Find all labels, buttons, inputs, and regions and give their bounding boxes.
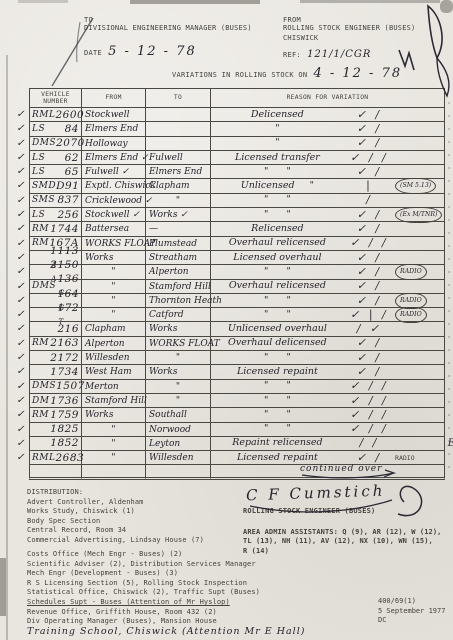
- cell-to: ": [146, 394, 211, 408]
- circled-annotation: RADIO: [395, 264, 427, 280]
- to-label: TO: [84, 16, 252, 24]
- table-row: ✓SMDD91Exptl. ChiswickClaphamUnlicensed …: [12, 179, 445, 193]
- vehicle-prefix: RM: [32, 222, 49, 236]
- circled-annotation: (SM 5.13): [395, 178, 436, 194]
- cell-reason: " "/: [211, 194, 445, 208]
- cell-from: Elmers End: [82, 122, 146, 136]
- col-header-vehicle-line1: VEHICLE: [41, 91, 70, 99]
- cell-from: Willesden: [82, 351, 146, 365]
- admin-assistants-line: TL (13), NH (11), AV (12), NX (10), WN (…: [243, 537, 441, 546]
- row-check-mark: ✓: [12, 365, 29, 379]
- reason-tick-marks: ✓ / /: [344, 379, 395, 393]
- cell-to: Streatham: [146, 251, 211, 265]
- date-block: DATE 5 - 12 - 78: [84, 44, 197, 59]
- cell-reason: Unlicensed overhaul/ ✓: [211, 322, 445, 336]
- cell-to: Works ✓: [146, 208, 211, 222]
- cell-reason: Overhaul delicensed✓ /: [211, 337, 445, 351]
- cell-from: ": [82, 423, 146, 437]
- cell-from: Alperton: [82, 337, 146, 351]
- vehicle-prefix: RML: [32, 108, 55, 122]
- cell-reason: " "✓ /: [211, 351, 445, 365]
- distribution-item: DISTRIBUTION:: [27, 488, 257, 498]
- col-header-to: TO: [146, 88, 211, 108]
- cell-to: Stamford Hill: [146, 280, 211, 294]
- distribution-item: Mech Engr (Development - Buses) (3): [27, 569, 257, 579]
- row-check-mark: ✓: [12, 251, 29, 265]
- date-value: 5 - 12 - 78: [108, 44, 197, 59]
- cell-from: ": [82, 308, 146, 322]
- vehicle-number-value: 2172: [50, 351, 79, 365]
- vehicle-number-value: 1734: [50, 365, 79, 379]
- row-check-mark: ✓: [12, 179, 29, 193]
- row-check-mark: ✓: [12, 122, 29, 136]
- cell-from: ": [82, 265, 146, 279]
- cell-reason: " "✓ /(Ex M/TNR): [211, 208, 445, 222]
- cell-vehicle-number: 1852: [29, 437, 82, 451]
- distribution-item: Schedules Supt - Buses (Attention of Mr …: [27, 598, 257, 608]
- title-date: 4 - 12 - 78: [313, 66, 402, 81]
- reference-number: 400/69(1): [378, 597, 445, 607]
- reference-initials: DC: [378, 616, 445, 626]
- reason-tick-marks: ✓ /: [344, 336, 395, 350]
- cell-reason: "✓ /: [211, 137, 445, 151]
- vehicle-number-value: 65: [65, 165, 79, 179]
- reason-tick-marks: ✓ /: [344, 279, 395, 293]
- vehicle-number-value: 2163: [50, 336, 79, 350]
- cell-from: ": [82, 294, 146, 308]
- cell-vehicle-number: RM2163: [29, 337, 82, 351]
- cell-reason: " "✓ / /: [211, 423, 445, 437]
- table-row: ✓RM1744Battersea—Relicensed✓ /: [12, 222, 445, 236]
- vehicle-prefix: DMS: [32, 279, 56, 293]
- vehicle-number-value: 216: [57, 322, 79, 336]
- table-row: ✓RM1759WorksSouthall" "✓ / /: [12, 408, 445, 422]
- reason-tick-marks: ✓ / /: [344, 422, 395, 436]
- reason-tick-marks: ✓ | /: [344, 308, 395, 322]
- cell-from: Stockwell: [82, 108, 146, 122]
- signature: C F Cumstich: [246, 482, 386, 505]
- ref-label: REF:: [283, 51, 301, 59]
- row-check-mark: ✓: [12, 308, 29, 322]
- row-check-mark: ✓: [12, 165, 29, 179]
- reason-text: Licensed overhaul: [211, 251, 344, 265]
- reason-text: Licensed transfer: [211, 151, 344, 165]
- cell-to: [146, 137, 211, 151]
- table-row: ✓RML2600StockwellDelicensed✓ /: [12, 108, 445, 122]
- reason-tick-marks: ✓ /: [344, 294, 395, 308]
- reason-text: " ": [211, 351, 344, 365]
- reason-tick-marks: ✓ /: [344, 122, 395, 136]
- cell-vehicle-number: 2172: [29, 351, 82, 365]
- reason-text: Relicensed: [211, 222, 344, 236]
- vehicle-number-value: 1736: [50, 394, 79, 408]
- cell-from: West Ham: [82, 365, 146, 379]
- distribution-item: Advert Controller, Aldenham: [27, 498, 257, 508]
- vehicle-prefix: SMS: [32, 193, 55, 207]
- cell-to: WORKS FLOAT: [146, 337, 211, 351]
- reason-text: ": [211, 136, 344, 150]
- cell-vehicle-number: DMS2070: [29, 137, 82, 151]
- cell-from: Fulwell ✓: [82, 165, 146, 179]
- col-header-vehicle-number: VEHICLE NUMBER: [29, 88, 82, 108]
- scan-blob-corner: [440, 0, 453, 13]
- vehicle-number-value: 2683: [55, 451, 84, 465]
- row-check-mark: ✓: [12, 294, 29, 308]
- distribution-item: Works Study, Chiswick (1): [27, 507, 257, 517]
- cell-vehicle-number: LS62: [29, 151, 82, 165]
- pen-flourish-icon: [428, 6, 442, 58]
- table-row: ✓1852"LeytonRepaint relicensed/ /E: [12, 437, 445, 451]
- pencil-line-mark: [77, 22, 80, 62]
- cell-vehicle-number: LS84: [29, 122, 82, 136]
- vehicle-prefix: LS: [32, 208, 45, 222]
- reason-tick-marks: /: [344, 193, 395, 207]
- reason-tick-marks: ✓ / /: [344, 394, 395, 408]
- table-row: ✓LS256Stockwell ✓Works ✓" "✓ /(Ex M/TNR): [12, 208, 445, 222]
- cell-vehicle-number: 172T: [29, 308, 82, 322]
- cell-vehicle-number: [29, 465, 82, 479]
- distribution-item: R S Licensing Section (5), Rolling Stock…: [27, 579, 257, 589]
- cell-to: Works: [146, 322, 211, 336]
- reason-text: " ": [211, 394, 344, 408]
- row-check-mark: ✓: [12, 322, 29, 336]
- cell-to: Thornton Heath: [146, 294, 211, 308]
- reason-tick-marks: ✓ /: [344, 165, 395, 179]
- cell-to: [146, 465, 211, 479]
- reason-tick-marks: ✓ / /: [344, 151, 395, 165]
- row-check-mark: ✓: [12, 222, 29, 236]
- circled-annotation: (Ex M/TNR): [395, 207, 442, 223]
- cell-vehicle-number: DM1736: [29, 394, 82, 408]
- cell-from: Elmers End ✓: [82, 151, 146, 165]
- from-value: ROLLING STOCK ENGINEER (BUSES): [283, 24, 415, 34]
- cell-reason: " "✓ / /: [211, 408, 445, 422]
- distribution-item: Statistical Office, Chiswick (2), Traffi…: [27, 588, 257, 598]
- distribution-item: Body Spec Section: [27, 517, 257, 527]
- reason-tick-marks: ✓ /: [344, 208, 395, 222]
- row-check-mark: [12, 465, 29, 479]
- cell-from: Works: [82, 408, 146, 422]
- vehicle-number-value: 84: [65, 122, 79, 136]
- table-row: ✓DM1736Stamford Hill"" "✓ / /: [12, 394, 445, 408]
- reason-text: Repaint relicensed: [211, 436, 344, 450]
- reason-tick-marks: ✓ /: [344, 222, 395, 236]
- cell-to: ": [146, 351, 211, 365]
- cell-from: Merton: [82, 380, 146, 394]
- scanned-memo-sheet: TO DIVISIONAL ENGINEERING MANAGER (BUSES…: [0, 0, 453, 640]
- row-check-mark: ✓: [12, 265, 29, 279]
- table-row: ✓216ClaphamWorksUnlicensed overhaul/ ✓: [12, 322, 445, 336]
- table-row: ✓LS84Elmers End"✓ /: [12, 122, 445, 136]
- cell-reason: Relicensed✓ /: [211, 222, 445, 236]
- cell-reason: Unlicensed "|(SM 5.13): [211, 179, 445, 193]
- table-row: ✓1734West HamWorksLicensed repaint✓ /: [12, 365, 445, 379]
- cell-to: ": [146, 194, 211, 208]
- check-gutter-header: [12, 88, 29, 108]
- cell-vehicle-number: RM1744: [29, 222, 82, 236]
- reason-tick-marks: / ✓: [344, 322, 395, 336]
- scan-edge-line: [6, 55, 8, 640]
- reason-text: Overhaul delicensed: [211, 336, 344, 350]
- from-block: FROM ROLLING STOCK ENGINEER (BUSES) CHIS…: [283, 16, 415, 43]
- cell-from: ": [82, 280, 146, 294]
- reason-text: Licensed repaint: [211, 451, 344, 465]
- vehicle-prefix: RM: [32, 408, 49, 422]
- cell-from: Clapham: [82, 322, 146, 336]
- reason-text: " ": [211, 294, 344, 308]
- reason-text: " ": [211, 379, 344, 393]
- cell-vehicle-number: 216: [29, 322, 82, 336]
- admin-assistants-line: AREA ADMIN ASSISTANTS: Q (9), AR (12), W…: [243, 528, 441, 537]
- cell-to: [146, 108, 211, 122]
- reason-text: " ": [211, 422, 344, 436]
- cell-from: Works: [82, 251, 146, 265]
- row-check-mark: ✓: [12, 394, 29, 408]
- col-header-reason: REASON FOR VARIATION: [211, 88, 445, 108]
- cell-to: Fulwell: [146, 151, 211, 165]
- cell-reason: Overhaul relicensed✓ / /: [211, 237, 445, 251]
- reason-tick-marks: ✓ /: [344, 251, 395, 265]
- vehicle-prefix: DMS: [32, 136, 56, 150]
- cell-to: Works: [146, 365, 211, 379]
- table-row: ✓172T"Catford" "✓ | /RADIO: [12, 308, 445, 322]
- cell-reason: " "✓ | /RADIO: [211, 308, 445, 322]
- reason-tick-marks: / /: [344, 436, 395, 450]
- distribution-item: Costs Office (Mech Engr - Buses) (2): [27, 550, 257, 560]
- row-check-mark: ✓: [12, 408, 29, 422]
- cell-vehicle-number: SMDD91: [29, 179, 82, 193]
- reason-tick-marks: ✓ / /: [344, 408, 395, 422]
- table-row: ✓1825"Norwood" "✓ / /: [12, 423, 445, 437]
- reason-tick-marks: ✓ /: [344, 365, 395, 379]
- reason-text: ": [211, 122, 344, 136]
- vehicle-prefix: DMS: [32, 379, 56, 393]
- signature-loop: [398, 486, 422, 515]
- distribution-item: Revenue Office, Griffith House, Room 432…: [27, 608, 257, 618]
- row-check-mark: ✓: [12, 451, 29, 465]
- cell-to: Leyton: [146, 437, 211, 451]
- cell-vehicle-number: RML2683: [29, 451, 82, 465]
- cell-from: Exptl. Chiswick: [82, 179, 146, 193]
- cell-vehicle-number: LS65: [29, 165, 82, 179]
- from-value-2: CHISWICK: [283, 34, 415, 44]
- cell-to: Catford: [146, 308, 211, 322]
- reason-text: Overhaul relicensed: [211, 279, 344, 293]
- vehicle-number-value: 837: [57, 193, 79, 207]
- vehicle-number-value: 2070: [56, 136, 85, 150]
- cell-to: Alperton: [146, 265, 211, 279]
- cell-to: ": [146, 380, 211, 394]
- cell-to: [146, 122, 211, 136]
- cell-from: Stamford Hill: [82, 394, 146, 408]
- area-admin-assistants: AREA ADMIN ASSISTANTS: Q (9), AR (12), W…: [243, 528, 441, 556]
- vehicle-prefix: SMD: [32, 179, 56, 193]
- row-check-mark: ✓: [12, 423, 29, 437]
- signatory-title: ROLLING STOCK ENGINEER (BUSES): [243, 507, 375, 515]
- col-header-vehicle-line2: NUMBER: [43, 98, 68, 106]
- scan-edge-blob: [0, 558, 6, 616]
- vehicle-number-value: 2600: [55, 108, 84, 122]
- row-check-mark: ✓: [12, 208, 29, 222]
- row-check-mark: ✓: [12, 137, 29, 151]
- cell-from: ": [82, 437, 146, 451]
- variations-table: VEHICLE NUMBER FROM TO REASON FOR VARIAT…: [12, 88, 445, 480]
- vehicle-number-value: 1744: [50, 222, 79, 236]
- cell-vehicle-number: RM1759: [29, 408, 82, 422]
- cell-from: ": [82, 451, 146, 465]
- from-label: FROM: [283, 16, 415, 24]
- vehicle-prefix: LS: [32, 165, 45, 179]
- row-check-mark: ✓: [12, 280, 29, 294]
- row-check-mark: ✓: [12, 151, 29, 165]
- vehicle-prefix: LS: [32, 122, 45, 136]
- row-check-mark: ✓: [12, 351, 29, 365]
- reason-tick-marks: |: [344, 179, 395, 193]
- vehicle-prefix: LS: [32, 151, 45, 165]
- distribution-item: Central Record, Room 34: [27, 526, 257, 536]
- table-row: ✓DMS1507Merton"" "✓ / /: [12, 380, 445, 394]
- circled-annotation: RADIO: [395, 307, 427, 323]
- scan-smudge-top: [130, 0, 260, 4]
- cell-to: Plumstead: [146, 237, 211, 251]
- table-row: ✓RM2163AlpertonWORKS FLOATOverhaul delic…: [12, 337, 445, 351]
- cell-from: [82, 465, 146, 479]
- vehicle-prefix: RM: [32, 236, 49, 250]
- ref-value: 121/1/CGR: [307, 49, 371, 60]
- admin-assistants-line: R (14): [243, 547, 441, 556]
- cell-vehicle-number: 1734: [29, 365, 82, 379]
- reason-text: Overhaul relicensed: [211, 236, 344, 250]
- reason-tick-marks: ✓ /: [344, 265, 395, 279]
- cell-reason: " "✓ / /: [211, 394, 445, 408]
- cell-to: Southall: [146, 408, 211, 422]
- table-row: ✓LS65Fulwell ✓Elmers End" "✓ /: [12, 165, 445, 179]
- reason-text: " ": [211, 165, 344, 179]
- cell-reason: Overhaul relicensed✓ /: [211, 280, 445, 294]
- reason-text: " ": [211, 193, 344, 207]
- vehicle-prefix: RM: [32, 336, 49, 350]
- cell-to: Norwood: [146, 423, 211, 437]
- table-row: ✓2172Willesden"" "✓ /: [12, 351, 445, 365]
- row-check-mark: ✓: [12, 194, 29, 208]
- distribution-item: Commercial Advertising, Lindsay House (7…: [27, 536, 257, 546]
- cell-reason: " "✓ /RADIO: [211, 265, 445, 279]
- reason-text: " ": [211, 208, 344, 222]
- vehicle-prefix: RML: [32, 451, 55, 465]
- cell-to: —: [146, 222, 211, 236]
- cell-vehicle-number: SMS837: [29, 194, 82, 208]
- table-row: ✓LS62Elmers End ✓FulwellLicensed transfe…: [12, 151, 445, 165]
- cell-vehicle-number: LS256: [29, 208, 82, 222]
- vehicle-number-value: 1507: [56, 379, 85, 393]
- row-check-mark: ✓: [12, 337, 29, 351]
- distribution-item-handwritten: Training School, Chiswick (Attention Mr …: [27, 627, 257, 637]
- vehicle-number-value: D91: [56, 179, 79, 193]
- reference-block: 400/69(1) 5 September 1977 DC: [378, 597, 445, 626]
- edge-annotation: E: [448, 437, 453, 451]
- continued-over-note: continued over: [300, 464, 382, 474]
- row-check-mark: ✓: [12, 108, 29, 122]
- reason-tick-marks: ✓ /: [344, 108, 395, 122]
- vehicle-number-value: 62: [65, 151, 79, 165]
- cell-from: WORKS FLOAT: [82, 237, 146, 251]
- distribution-item: Scientific Adviser (2), Distribution Ser…: [27, 560, 257, 570]
- reason-tick-marks: ✓ /: [344, 351, 395, 365]
- reason-tick-marks: ✓ /: [344, 136, 395, 150]
- cell-vehicle-number: RML2600: [29, 108, 82, 122]
- cell-to: Willesden: [146, 451, 211, 465]
- col-header-from: FROM: [82, 88, 146, 108]
- cell-reason: Repaint relicensed/ /E: [211, 437, 445, 451]
- reason-text: Unlicensed ": [211, 179, 344, 193]
- cell-from: Stockwell ✓: [82, 208, 146, 222]
- to-block: TO DIVISIONAL ENGINEERING MANAGER (BUSES…: [84, 16, 252, 34]
- reason-tick-marks: ✓ / /: [344, 236, 395, 250]
- cell-vehicle-number: 1825: [29, 423, 82, 437]
- table-row: ✓SMS837Cricklewood ✓"" "/: [12, 194, 445, 208]
- vehicle-number-value: 256: [57, 208, 79, 222]
- reason-text: Delicensed: [211, 108, 344, 122]
- cell-vehicle-number: DMS1507: [29, 380, 82, 394]
- table-header-row: VEHICLE NUMBER FROM TO REASON FOR VARIAT…: [12, 88, 445, 108]
- cell-reason: Delicensed✓ /: [211, 108, 445, 122]
- scan-smudge-top-3: [18, 0, 68, 3]
- title-block: VARIATIONS IN ROLLING STOCK ON 4 - 12 - …: [172, 66, 402, 81]
- reason-text: Unlicensed overhaul: [211, 322, 344, 336]
- vehicle-prefix: DM: [32, 394, 49, 408]
- cell-reason: Licensed transfer✓ / /: [211, 151, 445, 165]
- reason-tick-marks: ✓ /: [344, 451, 395, 465]
- radio-annotation: RADIO: [395, 451, 415, 465]
- table-row: ✓DMS2070Holloway"✓ /: [12, 137, 445, 151]
- variations-table-body: ✓RML2600StockwellDelicensed✓ /✓LS84Elmer…: [12, 108, 445, 480]
- cell-from: Holloway: [82, 137, 146, 151]
- vehicle-number-value: 1759: [50, 408, 79, 422]
- row-check-mark: ✓: [12, 437, 29, 451]
- to-value: DIVISIONAL ENGINEERING MANAGER (BUSES): [84, 24, 252, 34]
- reason-text: " ": [211, 308, 344, 322]
- cell-reason: Licensed repaint✓ /: [211, 365, 445, 379]
- page-title: VARIATIONS IN ROLLING STOCK ON: [172, 71, 307, 79]
- row-check-mark: ✓: [12, 380, 29, 394]
- row-check-mark: ✓: [12, 237, 29, 251]
- cell-reason: " "✓ / /: [211, 380, 445, 394]
- reference-date: 5 September 1977: [378, 607, 445, 617]
- cell-to: Elmers End: [146, 165, 211, 179]
- vehicle-number-value: 1825: [50, 422, 79, 436]
- vehicle-number-value: 1852: [50, 436, 79, 450]
- reason-text: Licensed repaint: [211, 365, 344, 379]
- reason-text: " ": [211, 408, 344, 422]
- cell-to: Clapham: [146, 179, 211, 193]
- scan-smudge-top-2: [300, 0, 440, 3]
- date-label: DATE: [84, 49, 102, 57]
- distribution-list: DISTRIBUTION:Advert Controller, Aldenham…: [27, 488, 257, 636]
- reason-text: " ": [211, 265, 344, 279]
- ref-block: REF: 121/1/CGR: [283, 49, 371, 60]
- cell-from: Cricklewood ✓: [82, 194, 146, 208]
- cell-from: Battersea: [82, 222, 146, 236]
- cell-reason: "✓ /: [211, 122, 445, 136]
